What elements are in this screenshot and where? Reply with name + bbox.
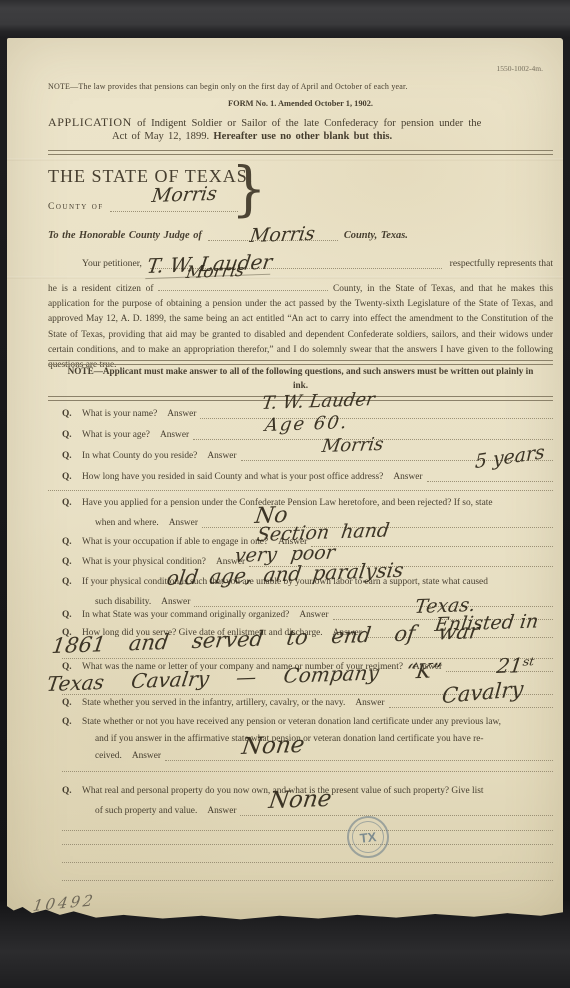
state-heading: THE STATE OF TEXAS, [48,166,553,187]
horizontal-rule [48,150,553,155]
question-row: Q. State whether or not you have receive… [62,717,553,727]
question-mark: Q. [62,717,82,727]
form-number-line: FORM No. 1. Amended October 1, 1902. [48,99,553,108]
title-rest: of Indigent Soldier or Sailor of the lat… [132,118,481,129]
blank-ruled-line [62,862,553,863]
question-row-continuation: ceived. Answer [62,751,553,761]
photo-backdrop: 1550-1002-4m. NOTE—The law provides that… [0,0,570,988]
answer-label: Answer [299,610,328,620]
answer-blank-line [62,771,553,772]
question-text: What is your name? [82,409,157,419]
blank-ruled-line [62,844,553,845]
handwritten-answer: T. W. Lauder [261,389,377,414]
question-mark: Q. [62,557,82,567]
petitioner-line: Your petitioner, respectfully represents… [48,258,553,269]
question-row-continuation: and if you answer in the affirmative sta… [62,734,553,744]
tx-archive-stamp: TX [345,814,391,860]
handwritten-answer: 21ˢᵗ [495,653,535,678]
judge-line-suffix: County, Texas. [344,230,408,241]
judge-line-prefix: To the Honorable County Judge of [48,230,202,241]
answer-label: Answer [160,430,189,440]
answer-blank-line [200,409,553,419]
paper-crease [7,276,563,279]
stamp-text: TX [359,829,377,846]
question-mark: Q. [62,698,82,708]
pencil-document-number: 10492 [32,891,97,915]
question-mark: Q. [62,577,82,587]
answer-blank-line [427,472,553,482]
question-mark: Q. [62,786,82,796]
handwritten-county: Morris [185,264,245,281]
instructions-note: NOTE—Applicant must make answer to all o… [48,365,553,392]
paper-crease [7,158,563,161]
handwritten-answer-continuation: 1861 and served to end of war [50,619,481,658]
handwritten-answer: None [267,786,333,814]
body-after-blank: County, in the State of Texas, and that … [48,284,553,370]
answer-label: Answer [169,518,198,528]
county-of-label: County of [48,202,104,212]
question-row: Q. Have you applied for a pension under … [62,498,553,508]
question-text: What is your age? [82,430,150,440]
blank-ruled-line [62,880,553,881]
answer-label: Answer [393,472,422,482]
handwritten-answer: Morris [321,434,385,457]
body-before-blank: he is a resident citizen of [48,284,154,294]
petitioner-suffix: respectfully represents that [450,258,553,269]
question-text: In what County do you reside? [82,451,197,461]
answer-blank-line [165,751,553,761]
answer-label: Answer [161,597,190,607]
question-row: Q. How long have you resided in said Cou… [62,472,553,482]
title-directive: Hereafter use no other blank but this. [213,131,392,142]
handwritten-county: Morris [150,183,218,207]
question-text: State whether you served in the infantry… [82,698,345,708]
question-mark: Q. [62,610,82,620]
question-text: of such property and value. [95,806,197,816]
answer-blank-line [62,658,553,659]
document-title-line1: APPLICATION of Indigent Soldier or Sailo… [48,115,553,130]
handwritten-answer: 5 years [475,441,545,473]
handwritten-answer: Age 60. [264,412,350,436]
question-mark: Q. [62,472,82,482]
answer-label: Answer [167,409,196,419]
question-mark: Q. [62,409,82,419]
handwritten-county: Morris [248,223,316,247]
handwritten-answer: None [240,732,306,760]
print-code: 1550-1002-4m. [497,64,543,73]
title-word: APPLICATION [48,115,132,129]
answer-label: Answer [207,806,236,816]
resident-county-blank: Morris [158,280,328,291]
question-text: How long have you resided in said County… [82,472,383,482]
answer-blank-line [194,597,553,607]
document-page: 1550-1002-4m. NOTE—The law provides that… [7,38,563,922]
question-text: such disability. [95,597,151,607]
title-act-date: Act of May 12, 1899. [112,131,209,142]
question-mark: Q. [62,498,82,508]
question-text: ceived. [95,751,122,761]
blank-ruled-line [62,830,553,831]
section-divider-line [48,490,553,491]
question-text: when and where. [95,518,159,528]
question-row-continuation: such disability. Answer [62,597,553,607]
question-text: In what State was your command originall… [82,610,289,620]
answer-label: Answer [355,698,384,708]
petitioner-prefix: Your petitioner, [82,258,142,269]
question-mark: Q. [62,451,82,461]
document-title-line2: Act of May 12, 1899. Hereafter use no ot… [112,131,553,142]
question-mark: Q. [62,537,82,547]
answer-label: Answer [132,751,161,761]
horizontal-rule [48,360,553,365]
answer-label: Answer [207,451,236,461]
top-note: NOTE—The law provides that pensions can … [48,82,553,91]
question-mark: Q. [62,430,82,440]
question-text: State whether or not you have received a… [82,717,501,727]
